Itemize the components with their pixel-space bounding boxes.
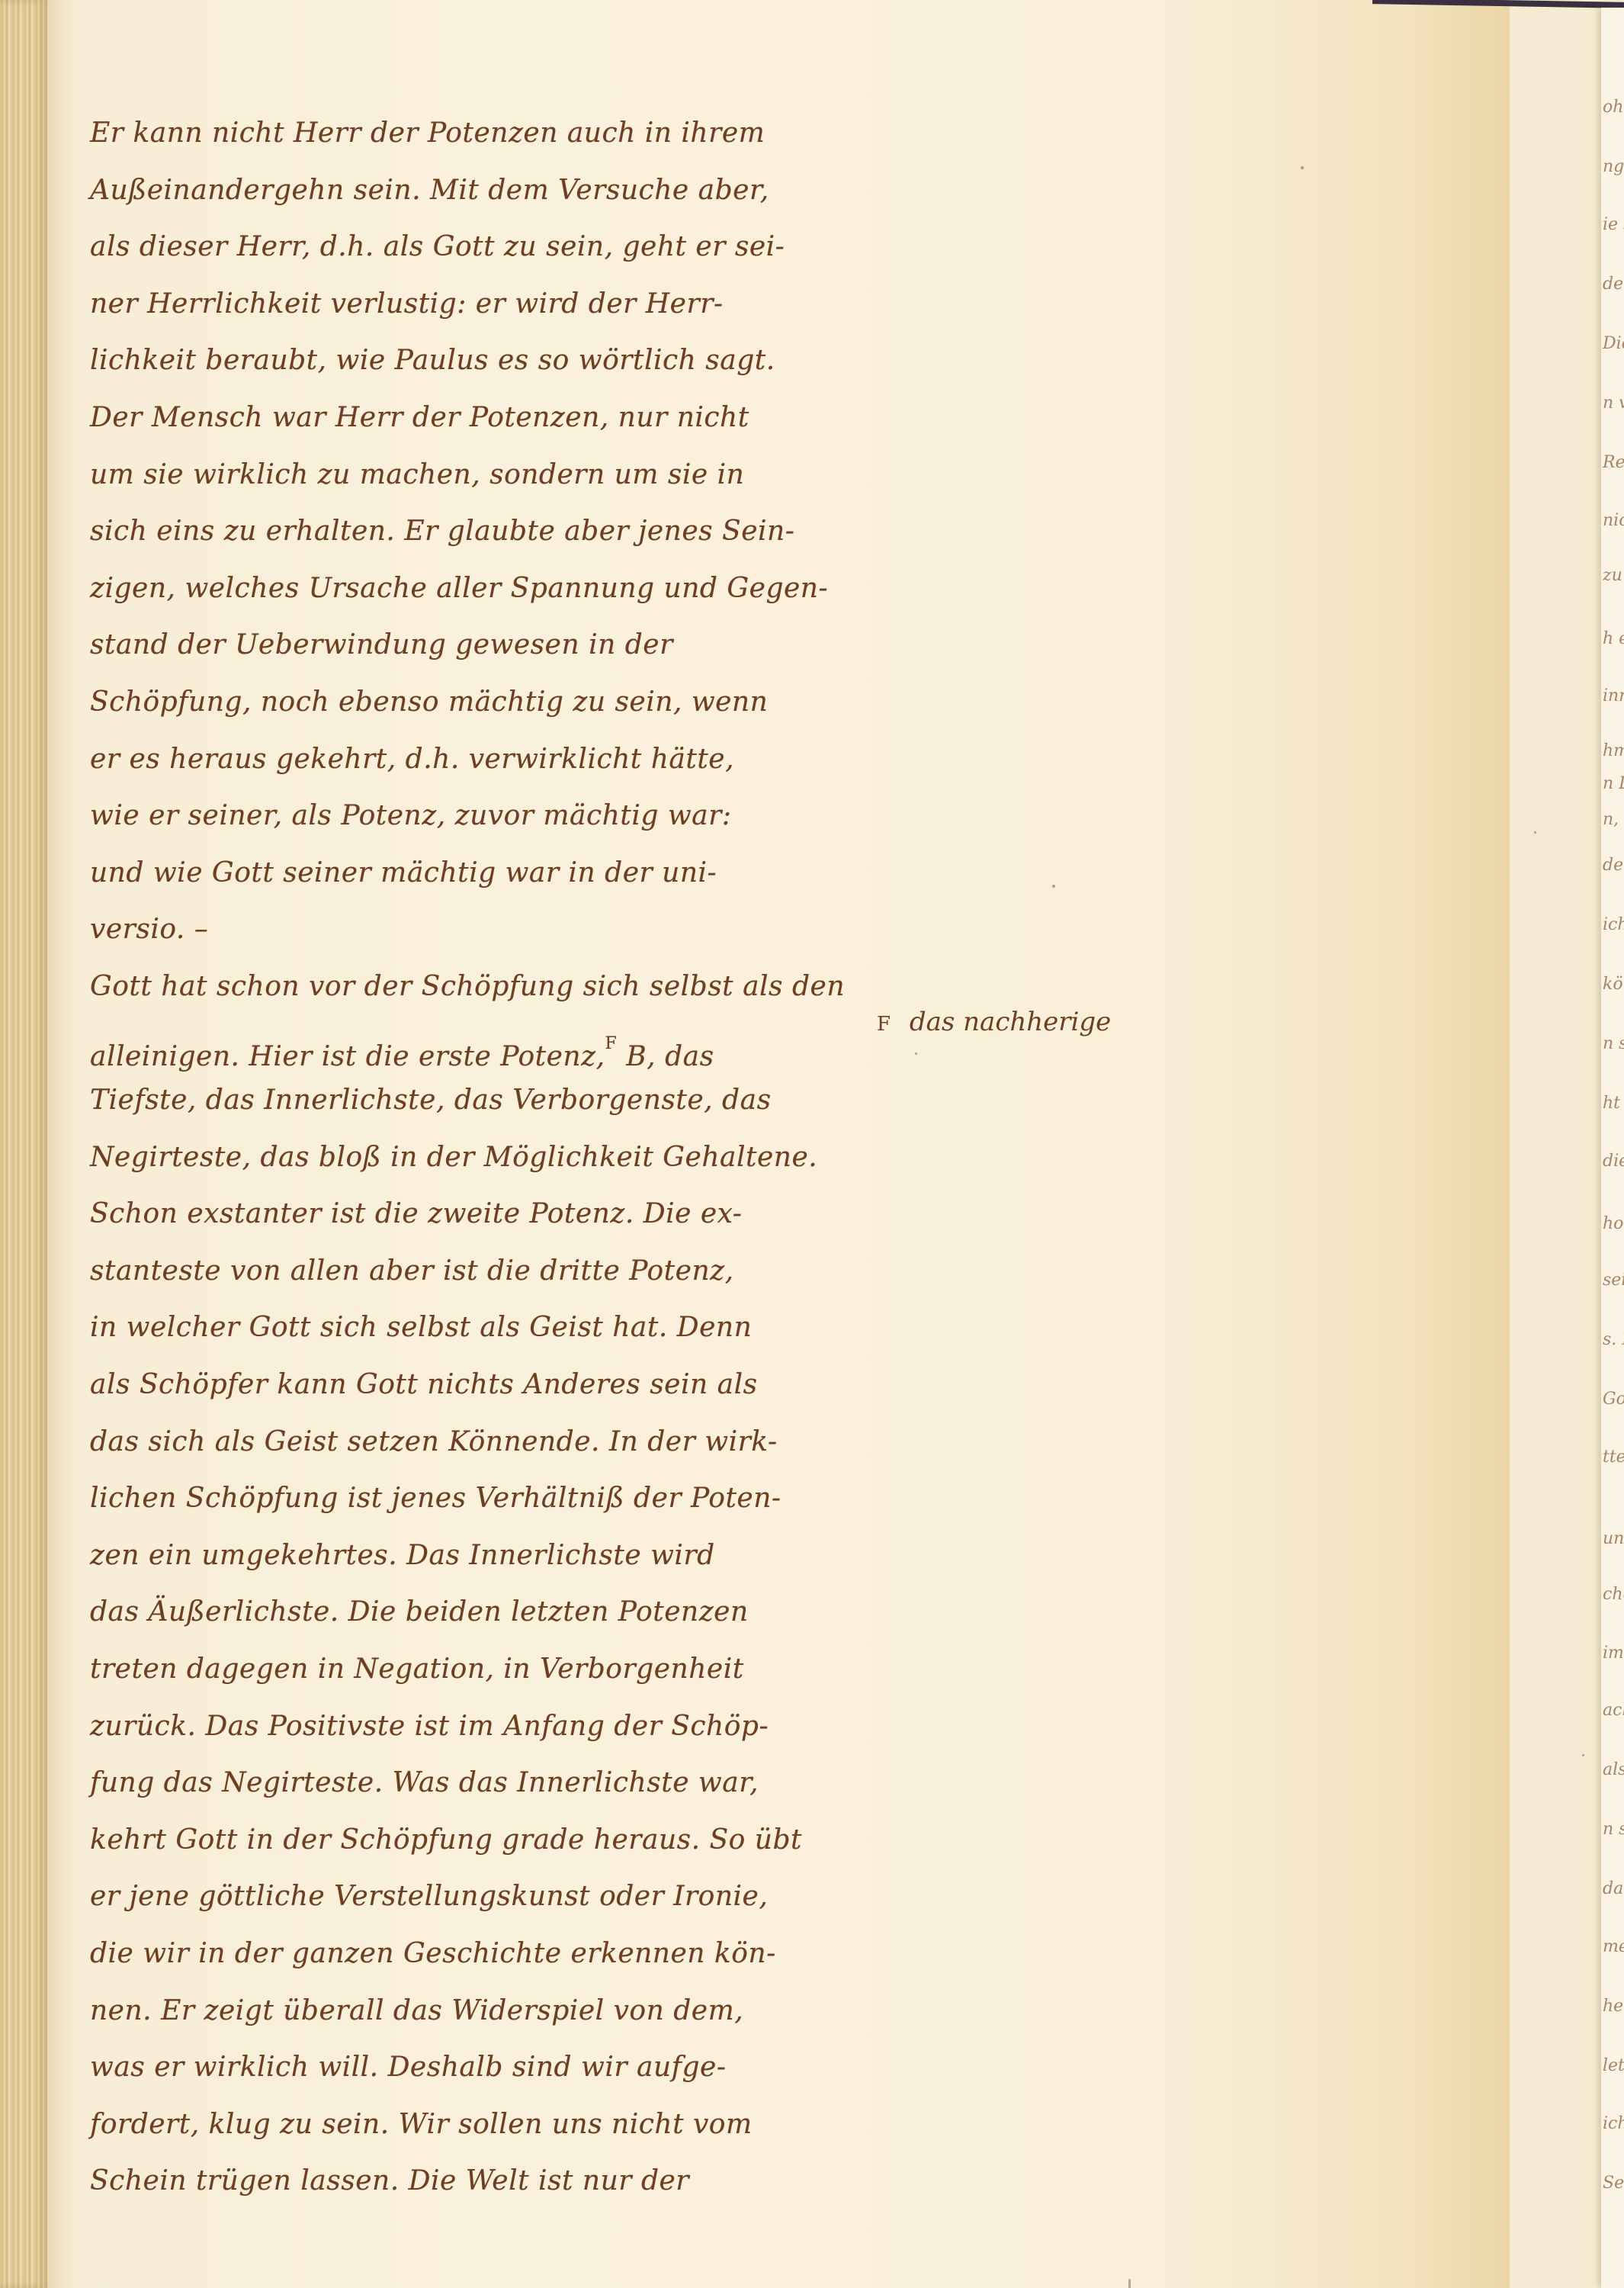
text-line: das sich als Geist setzen Könnende. In d…: [90, 1414, 898, 1471]
facing-page-fragment: n ver: [1603, 394, 1624, 413]
text-line: das Äußerlichste. Die beiden letzten Pot…: [90, 1584, 898, 1641]
facing-page-fragment: dagegen: [1603, 1879, 1624, 1898]
text-line: die wir in der ganzen Geschichte erkenne…: [90, 1926, 898, 1983]
facing-page-fragment: ment: [1603, 1937, 1624, 1956]
text-line-paragraph-start: Gott hat schon vor der Schöpfung sich se…: [90, 959, 898, 1016]
facing-page-fragment: her da: [1603, 1997, 1624, 2016]
footnote-marker: F: [605, 1034, 618, 1053]
manuscript-scan: Er kann nicht Herr der Potenzen auch in …: [0, 0, 1624, 2288]
paper-speck: [1582, 1754, 1584, 1756]
handwritten-text-block: Er kann nicht Herr der Potenzen auch in …: [90, 105, 898, 2210]
facing-page-fragment: ache, n: [1603, 1701, 1624, 1720]
facing-page-fragment: hm.: [1603, 741, 1624, 760]
facing-page-fragment: ohne: [1603, 98, 1624, 117]
text-line: Negirteste, das bloß in der Möglichkeit …: [90, 1130, 898, 1187]
margin-note-text: das nachherige: [910, 1007, 1111, 1037]
text-line: Außeinandergehn sein. Mit dem Versuche a…: [90, 162, 898, 220]
text-line: und wie Gott seiner mächtig war in der u…: [90, 845, 898, 902]
text-line: in welcher Gott sich selbst als Geist ha…: [90, 1300, 898, 1357]
text-line: nen. Er zeigt überall das Widerspiel von…: [90, 1983, 898, 2040]
facing-page-fragment: der: [1603, 275, 1624, 294]
margin-note: F das nachherige: [877, 1007, 1111, 1037]
text-line: versio. –: [90, 901, 898, 959]
text-line: Er kann nicht Herr der Potenzen auch in …: [90, 105, 898, 162]
text-line: Schein trügen lassen. Die Welt ist nur d…: [90, 2153, 898, 2210]
facing-page-fragment: Recht: [1603, 453, 1624, 472]
binding-edge: [0, 0, 47, 2288]
text-line: fordert, klug zu sein. Wir sollen uns ni…: [90, 2097, 898, 2154]
facing-page-fragment: diese: [1603, 1152, 1624, 1171]
facing-page-fragment: sein: [1603, 1271, 1624, 1290]
facing-page-fragment: h ein: [1603, 629, 1624, 648]
facing-page-fragment: zu bla: [1603, 566, 1624, 585]
facing-page-fragment: s. Es: [1603, 1330, 1624, 1349]
text-line: kehrt Gott in der Schöpfung grade heraus…: [90, 1812, 898, 1869]
facing-page-fragment: n selb: [1603, 1820, 1624, 1839]
facing-page-fragment: ttes zu: [1603, 1448, 1624, 1467]
text-line: zurück. Das Positivste ist im Anfang der…: [90, 1698, 898, 1756]
text-line: Tiefste, das Innerlichste, das Verborgen…: [90, 1072, 898, 1130]
footnote-marker: F: [877, 1013, 891, 1036]
text-line: Schöpfung, noch ebenso mächtig zu sein, …: [90, 674, 898, 731]
text-line: was er wirklich will. Deshalb sind wir a…: [90, 2039, 898, 2097]
text-line: als dieser Herr, d.h. als Gott zu sein, …: [90, 219, 898, 276]
paper-speck: [1052, 885, 1055, 888]
facing-page-fragment: nicht gla: [1603, 511, 1624, 530]
text-line: Schon exstanter ist die zweite Potenz. D…: [90, 1186, 898, 1243]
text-line: stanteste von allen aber ist die dritte …: [90, 1243, 898, 1300]
text-line: stand der Ueberwindung gewesen in der: [90, 617, 898, 674]
text-line: lichkeit beraubt, wie Paulus es so wörtl…: [90, 333, 898, 390]
facing-page-fragment: innen: [1603, 686, 1624, 705]
paper-mark: [1128, 2279, 1131, 2288]
facing-page-fragment: und ab: [1603, 1529, 1624, 1548]
facing-page-fragment: hon: [1603, 1214, 1624, 1233]
facing-page-fragment: Sein: [1603, 2174, 1624, 2193]
facing-page-fragment: ngen,: [1603, 157, 1624, 176]
text-line: er jene göttliche Verstellungskunst oder…: [90, 1869, 898, 1926]
facing-page-fragment: ht ni: [1603, 1094, 1624, 1113]
text-line-with-footnote: alleinigen. Hier ist die erste Potenz,F …: [90, 1016, 898, 1073]
facing-page-fragment: ich: [1603, 2114, 1624, 2133]
facing-page-fragment: ie so: [1603, 215, 1624, 234]
facing-page-edge: ohne ngen, ie so der Die n ver Recht nic…: [1601, 8, 1624, 2288]
text-line: Der Mensch war Herr der Potenzen, nur ni…: [90, 390, 898, 447]
facing-page-fragment: immer: [1603, 1644, 1624, 1663]
text-line: ner Herrlichkeit verlustig: er wird der …: [90, 276, 898, 333]
facing-page-fragment: n Lan: [1603, 774, 1624, 793]
facing-page-fragment: ichten: [1603, 915, 1624, 934]
facing-page-fragment: Gott: [1603, 1390, 1624, 1409]
text-line: wie er seiner, als Potenz, zuvor mächtig…: [90, 788, 898, 845]
text-line: lichen Schöpfung ist jenes Verhältniß de…: [90, 1470, 898, 1528]
facing-page-fragment: n sich: [1603, 1034, 1624, 1053]
facing-page-fragment: n, nich: [1603, 810, 1624, 829]
paper-speck: [1534, 831, 1536, 834]
text-line: als Schöpfer kann Gott nichts Anderes se…: [90, 1357, 898, 1414]
text-line: um sie wirklich zu machen, sondern um si…: [90, 447, 898, 504]
text-line: zigen, welches Ursache aller Spannung un…: [90, 561, 898, 618]
text-line: fung das Negirteste. Was das Innerlichst…: [90, 1755, 898, 1812]
facing-page-fragment: lets de: [1603, 2056, 1624, 2075]
text-line: sich eins zu erhalten. Er glaubte aber j…: [90, 503, 898, 561]
facing-page-fragment: chen i: [1603, 1585, 1624, 1604]
text-line: treten dagegen in Negation, in Verborgen…: [90, 1641, 898, 1698]
facing-page-fragment: könnte: [1603, 975, 1624, 994]
facing-page-fragment: also: [1603, 1760, 1624, 1779]
paper-speck: [1301, 166, 1304, 169]
facing-page-fragment: Die: [1603, 334, 1624, 353]
binding-shadow: [47, 0, 78, 2288]
text-line: zen ein umgekehrtes. Das Innerlichste wi…: [90, 1528, 898, 1585]
paper-speck: [915, 1052, 917, 1055]
facing-page-fragment: dem: [1603, 856, 1624, 875]
text-line: er es heraus gekehrt, d.h. verwirklicht …: [90, 731, 898, 789]
